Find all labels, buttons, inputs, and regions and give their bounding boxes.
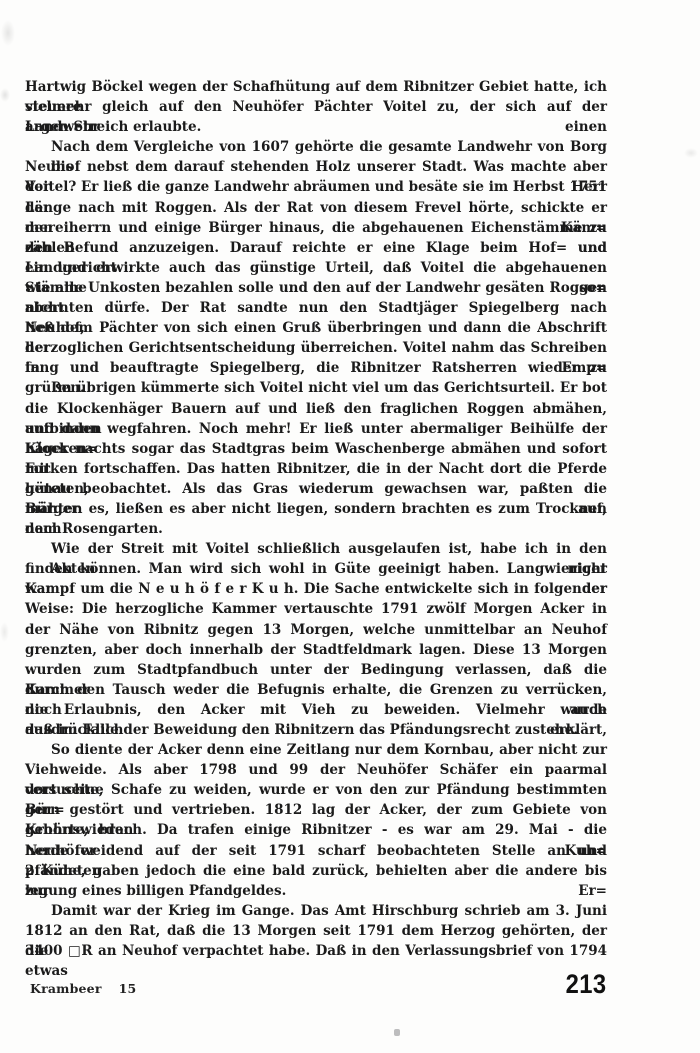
text-line: Im übrigen kümmerte sich Voitel nicht vi… bbox=[25, 378, 607, 398]
text-line: Länge nach mit Roggen. Als der Rat von d… bbox=[25, 198, 607, 218]
text-line: der Nähe von Ribnitz gegen 13 Morgen, we… bbox=[25, 620, 607, 640]
text-line: ein und erwirkte auch das günstige Urtei… bbox=[25, 258, 607, 278]
text-line: daß im Falle der Beweidung den Ribnitzer… bbox=[25, 720, 607, 740]
scan-artifact bbox=[684, 148, 698, 158]
text-line: Neuhof nebst dem darauf stehenden Holz u… bbox=[25, 157, 607, 177]
text-line: Viehweide. Als aber 1798 und 99 der Neuh… bbox=[25, 760, 607, 780]
text-line: mähten es, ließen es aber nicht liegen, … bbox=[25, 499, 607, 519]
body-text: Hartwig Böckel wegen der Schafhütung auf… bbox=[25, 77, 607, 961]
text-line: ließ dem Pächter von sich einen Gruß übe… bbox=[25, 318, 607, 338]
text-line: So diente der Acker denn eine Zeitlang n… bbox=[25, 740, 607, 760]
scan-artifact bbox=[0, 622, 9, 642]
book-signature: Krambeer bbox=[30, 981, 102, 996]
text-line: den Befund anzuzeigen. Darauf reichte er… bbox=[25, 238, 607, 258]
text-line: abernten dürfe. Der Rat sandte nun den S… bbox=[25, 298, 607, 318]
text-line: und dann wegfahren. Noch mehr! Er ließ u… bbox=[25, 419, 607, 439]
text-line: dem Rosengarten. bbox=[25, 519, 607, 539]
scan-artifact bbox=[0, 88, 10, 102]
text-line: Weise: Die herzogliche Kammer vertauscht… bbox=[25, 599, 607, 619]
text-line: mereiherrn und einige Bürger hinaus, die… bbox=[25, 218, 607, 238]
text-line: Voitel? Er ließ die ganze Landwehr abräu… bbox=[25, 177, 607, 197]
scanned-book-page: Hartwig Böckel wegen der Schafhütung auf… bbox=[0, 0, 700, 1053]
text-line: Nach dem Vergleiche von 1607 gehörte die… bbox=[25, 137, 607, 157]
text-line: grenzten, aber doch innerhalb der Stadtf… bbox=[25, 640, 607, 660]
scan-artifact bbox=[394, 1029, 400, 1036]
text-line: 3400 □R an Neuhof verpachtet habe. Daß i… bbox=[25, 941, 607, 961]
text-line: Kampf um die N e u h ö f e r K u h. Die … bbox=[25, 579, 607, 599]
text-line: 2 Kühe, gaben jedoch die eine bald zurüc… bbox=[25, 861, 607, 881]
footer: Krambeer15 bbox=[30, 981, 136, 996]
text-line: Wie der Streit mit Voitel schließlich au… bbox=[25, 539, 607, 559]
text-line: gern gestört und vertrieben. 1812 lag de… bbox=[25, 800, 607, 820]
text-line: gehörte, brach. Da trafen einige Ribnitz… bbox=[25, 820, 607, 840]
text-line: Damit war der Krieg im Gange. Das Amt Hi… bbox=[25, 901, 607, 921]
text-line: herzoglichen Gerichtsentscheidung überre… bbox=[25, 338, 607, 358]
text-line: finden können. Man wird sich wohl in Güt… bbox=[25, 559, 607, 579]
page-number: 213 bbox=[566, 969, 607, 1000]
text-line: Hartwig Böckel wegen der Schafhütung auf… bbox=[25, 77, 607, 97]
text-line: die Klockenhäger Bauern auf und ließ den… bbox=[25, 399, 607, 419]
text-line: durch den Tausch weder die Befugnis erha… bbox=[25, 680, 607, 700]
text-line: herde weidend auf der seit 1791 scharf b… bbox=[25, 841, 607, 861]
text-line: wie alle Unkosten bezahlen solle und den… bbox=[25, 278, 607, 298]
text-line: dort seine Schafe zu weiden, wurde er vo… bbox=[25, 780, 607, 800]
text-line: 1812 an den Rat, daß die 13 Morgen seit … bbox=[25, 921, 607, 941]
text-line: Forken fortschaffen. Das hatten Ribnitze… bbox=[25, 459, 607, 479]
sheet-number: 15 bbox=[119, 981, 137, 996]
text-line: häger nachts sogar das Stadtgras beim Wa… bbox=[25, 439, 607, 459]
scan-artifact bbox=[1, 20, 15, 46]
text-line: die Erlaubnis, den Acker mit Vieh zu bew… bbox=[25, 700, 607, 720]
text-line: fang und beauftragte Spiegelberg, die Ri… bbox=[25, 358, 607, 378]
text-line: vielmehr gleich auf den Neuhöfer Pächter… bbox=[25, 97, 607, 117]
text-line: wurden zum Stadtpfandbuch unter der Bedi… bbox=[25, 660, 607, 680]
text-line: genau beobachtet. Als das Gras wiederum … bbox=[25, 479, 607, 499]
